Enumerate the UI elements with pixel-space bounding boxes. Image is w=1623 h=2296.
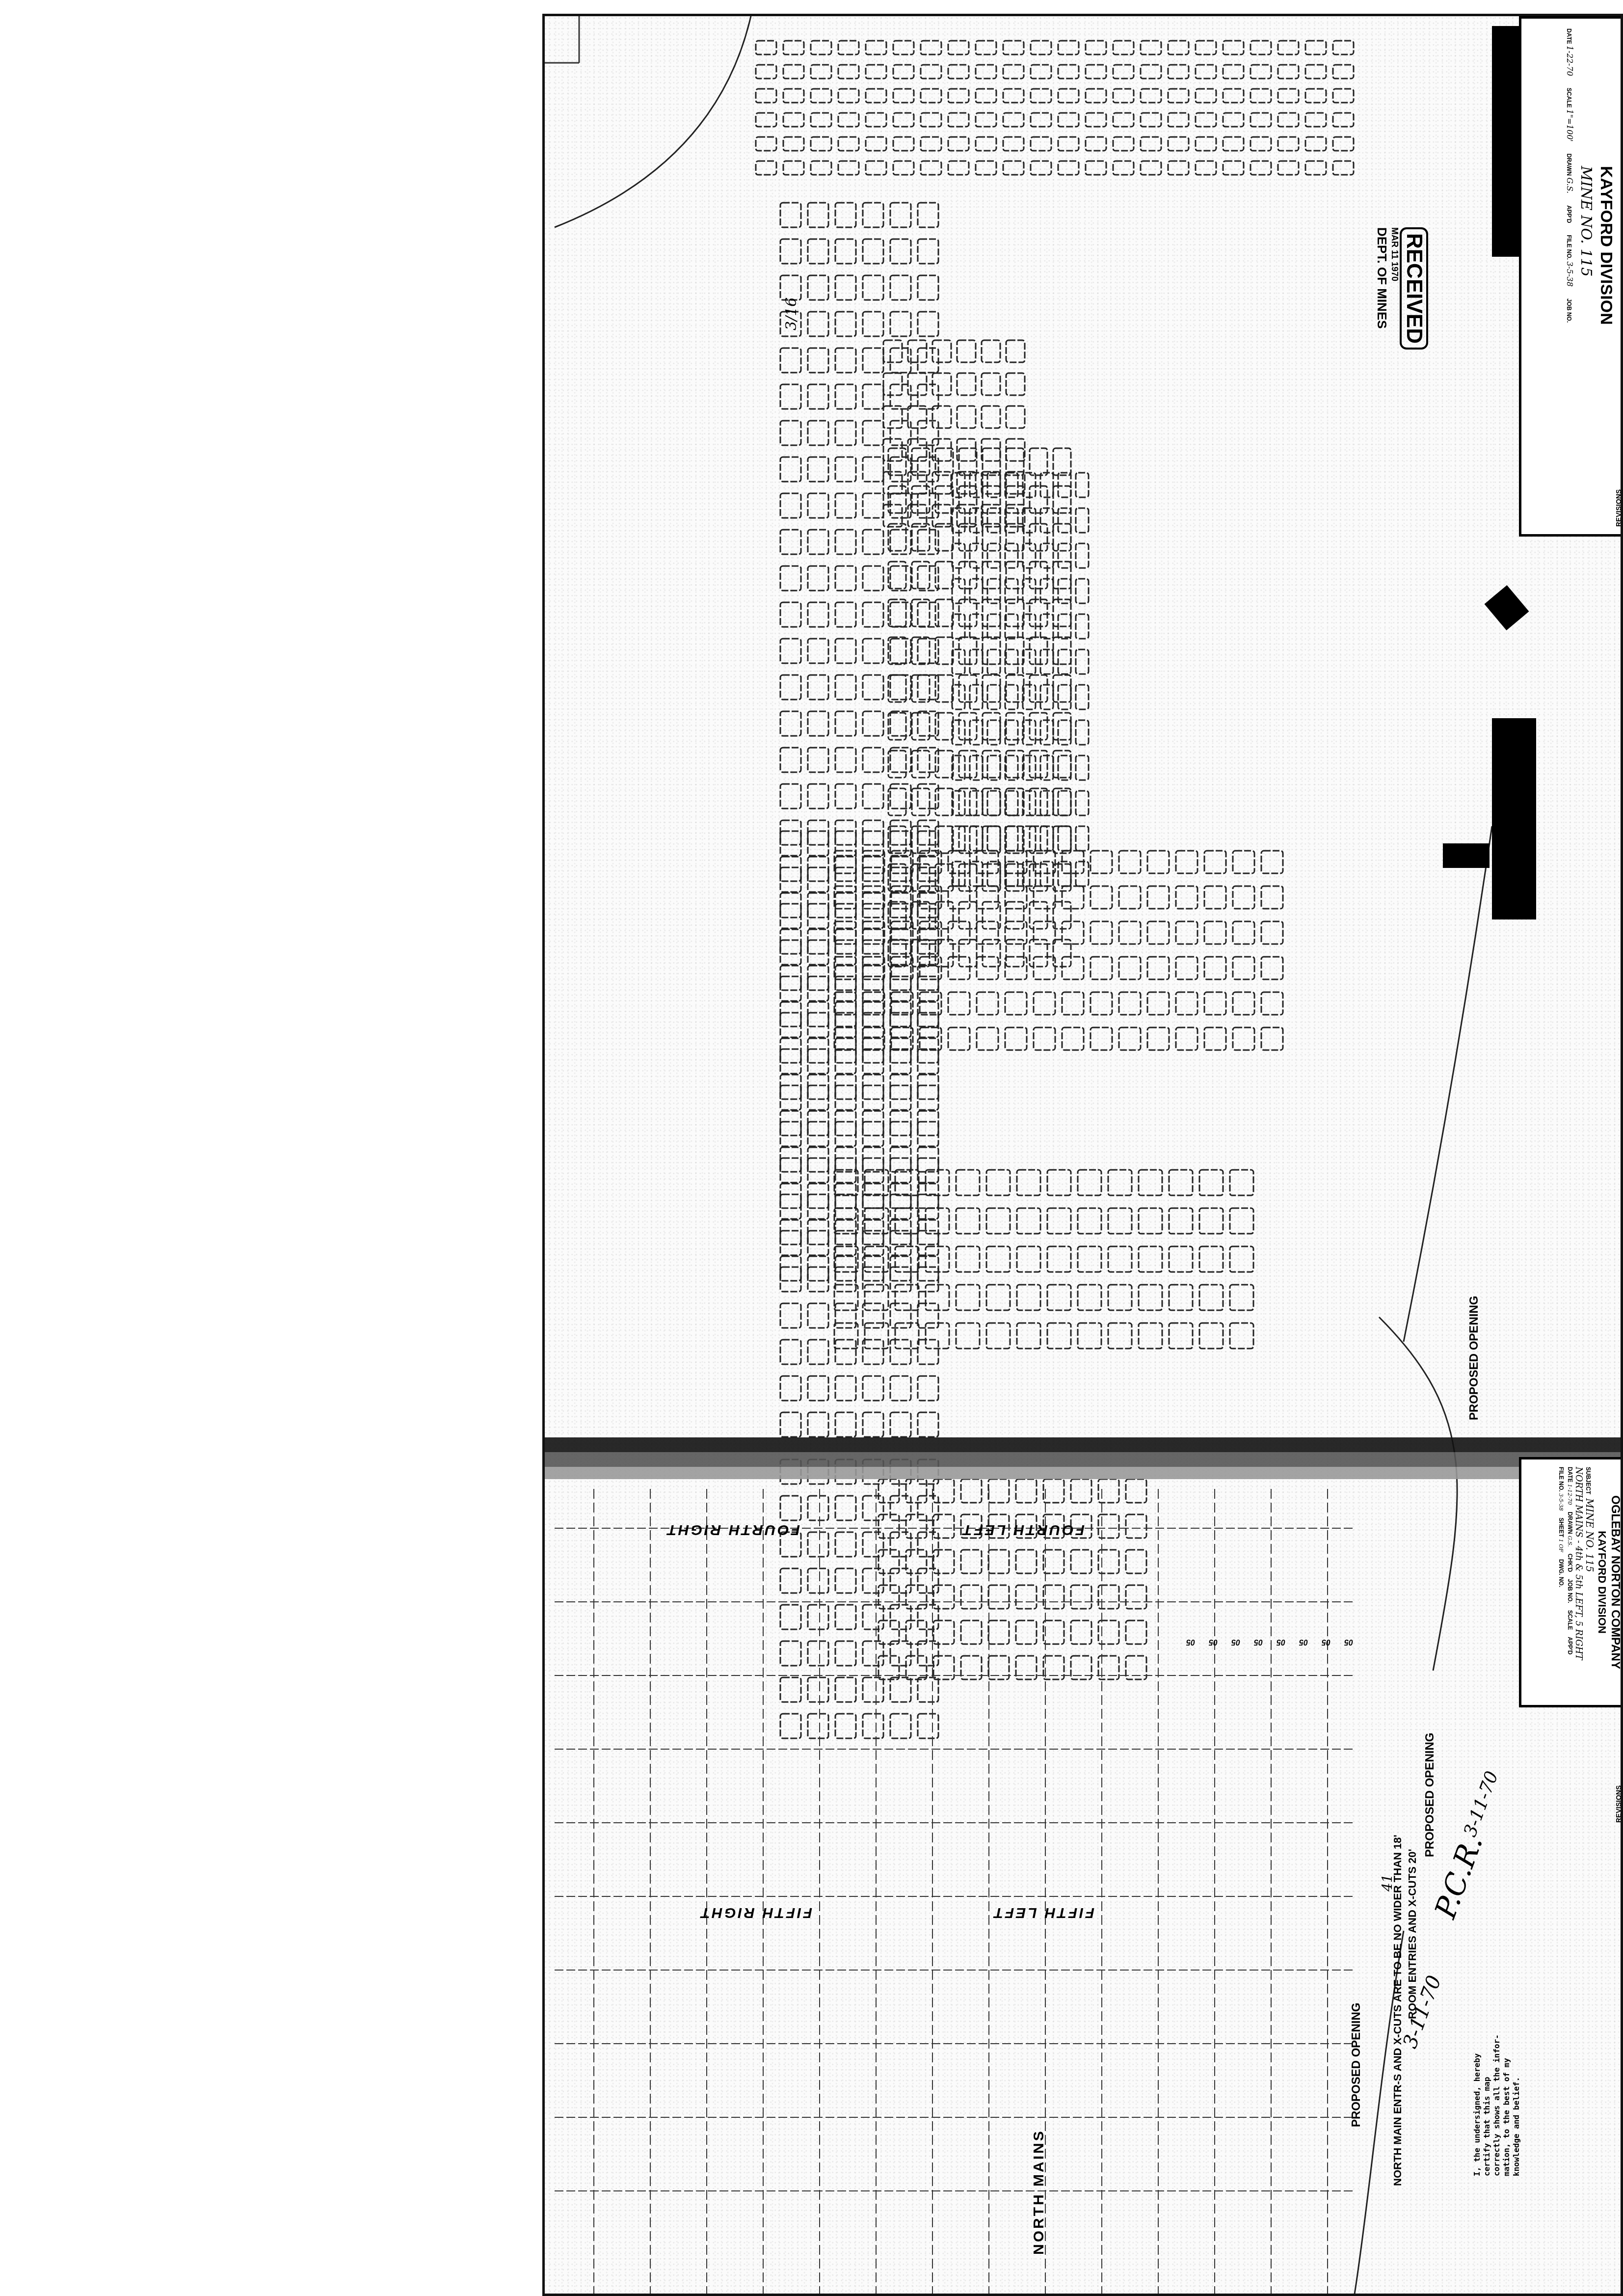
thickness-mark: 05 [1254, 1637, 1263, 1646]
elevation-note: 3/16 [783, 297, 800, 330]
field-label: SCALE [1567, 1610, 1573, 1630]
thickness-mark: 05 [1186, 1637, 1195, 1646]
title-field: DATE 1-22-70 [1565, 28, 1574, 76]
field-value: 3-5-38 [1558, 1493, 1564, 1511]
label-fifth-left: FIFTH LEFT [992, 1904, 1094, 1921]
cert-line: mation, to the best of my [1502, 2034, 1512, 2176]
received-stamp: RECEIVED MAR 11 1970 DEPT. OF MINES [1374, 227, 1428, 350]
stamp-agency: DEPT. OF MINES [1374, 227, 1389, 350]
bottom-division: KAYFORD DIVISION [1596, 1467, 1608, 1698]
title-field: DRAWN G.S. [1565, 154, 1574, 193]
bottom-company: OGLEBAY NORTON COMPANY [1608, 1467, 1622, 1698]
field-label: DATE [1567, 1467, 1573, 1484]
title-field: CHK'D [1567, 1554, 1573, 1572]
thickness-mark: 05 [1231, 1637, 1240, 1646]
sheet-join-band [545, 1437, 1621, 1491]
thickness-mark: 05 [1344, 1637, 1353, 1646]
label-fourth-right: FOURTH RIGHT [665, 1521, 800, 1538]
field-label: DRAWN [1567, 1512, 1573, 1536]
title-field: APP'D [1565, 205, 1574, 223]
label-north-mains: NORTH MAINS [1031, 2129, 1047, 2255]
bottom-revisions-title: REVISIONS [1615, 1785, 1623, 1823]
title-field: FILE NO. 3-5-38 [1558, 1467, 1565, 1511]
field-label: CHK'D [1567, 1554, 1573, 1572]
field-value: 1-12-70 [1567, 1484, 1573, 1505]
title-block-bottom-content: OGLEBAY NORTON COMPANY KAYFORD DIVISION … [1558, 1467, 1622, 1698]
top-fields: DATE 1-22-70SCALE 1"=100'DRAWN G.S.APP'D… [1565, 19, 1577, 534]
field-value: 1-22-70 [1565, 46, 1574, 76]
handwritten-number: 41 [1379, 1874, 1395, 1891]
map-sheet: FOURTH RIGHT FOURTH LEFT FIFTH RIGHT FIF… [542, 14, 1623, 2296]
redaction-bar [1443, 843, 1490, 868]
cert-line: I, the undersigned, hereby [1472, 2034, 1482, 2176]
field-value: 1 OF [1558, 1539, 1564, 1552]
cert-line: knowledge and belief. [1512, 2034, 1521, 2176]
thickness-mark: 05 [1209, 1637, 1218, 1646]
field-label: APP'D [1566, 205, 1572, 223]
field-value: 3-5-38 [1565, 261, 1574, 287]
field-value: G.S. [1567, 1536, 1573, 1547]
field-label: FILE NO. [1558, 1467, 1565, 1493]
label-proposed-opening-1: PROPOSED OPENING [1467, 1296, 1481, 1420]
bottom-subject: NORTH MAINS - 4th & 5th LEFT, 5 RIGHT [1573, 1467, 1584, 1698]
field-label: JOB NO. [1566, 298, 1572, 323]
top-division: KAYFORD DIVISION [1596, 19, 1620, 534]
stamp-text: RECEIVED [1400, 227, 1428, 350]
title-field: APP'D [1567, 1637, 1573, 1654]
title-field: JOB NO. [1567, 1579, 1573, 1603]
title-block-top-content: KAYFORD DIVISION MINE NO. 115 DATE 1-22-… [1565, 19, 1620, 534]
field-label: APP'D [1567, 1637, 1573, 1654]
title-field: DATE 1-12-70 [1567, 1467, 1573, 1505]
title-field: DRAWN G.S. [1567, 1512, 1573, 1547]
label-proposed-opening-2: PROPOSED OPENING [1350, 2003, 1363, 2127]
redaction-bar [1492, 718, 1536, 919]
field-label: DATE [1566, 28, 1572, 46]
stamp-date: MAR 11 1970 [1389, 227, 1400, 350]
bottom-subject-label: SUBJECT [1585, 1467, 1592, 1494]
field-label: JOB NO. [1567, 1579, 1573, 1603]
cert-line: certify that this map [1482, 2034, 1492, 2176]
certification: I, the undersigned, hereby certify that … [1472, 2034, 1521, 2176]
title-field: DWG. NO. [1558, 1559, 1565, 1587]
title-field: JOB NO. [1565, 298, 1574, 323]
title-field: SCALE [1567, 1610, 1573, 1630]
top-subject: MINE NO. 115 [1577, 19, 1596, 534]
top-revisions-title: REVISIONS [1615, 489, 1623, 527]
title-block-bottom: OGLEBAY NORTON COMPANY KAYFORD DIVISION … [1519, 1457, 1623, 1707]
title-field: SHEET 1 OF [1558, 1517, 1565, 1552]
title-block-top: KAYFORD DIVISION MINE NO. 115 DATE 1-22-… [1519, 16, 1623, 537]
cert-line: correctly shows all the infor- [1492, 2034, 1502, 2176]
field-value: G.S. [1565, 177, 1574, 193]
thickness-mark: 05 [1299, 1637, 1308, 1646]
field-value: 1"=100' [1565, 109, 1574, 142]
label-fifth-right: FIFTH RIGHT [699, 1904, 812, 1921]
thickness-mark: 05 [1277, 1637, 1285, 1646]
field-label: SHEET [1558, 1517, 1565, 1539]
label-fourth-left: FOURTH LEFT [961, 1521, 1085, 1538]
label-proposed-opening-3: PROPOSED OPENING [1423, 1733, 1437, 1857]
field-label: FILE NO. [1566, 235, 1572, 261]
pillar-grid [545, 16, 1623, 2296]
field-label: SCALE [1566, 88, 1572, 109]
thickness-mark: 05 [1322, 1637, 1330, 1646]
field-label: DRAWN [1566, 154, 1572, 178]
title-field: SCALE 1"=100' [1565, 88, 1574, 142]
bottom-fields: DATE 1-12-70DRAWN G.S.CHK'D JOB NO. SCAL… [1558, 1467, 1573, 1698]
field-label: DWG. NO. [1558, 1559, 1565, 1587]
bottom-mine: MINE NO. 115 [1584, 1498, 1596, 1572]
redaction-bar [1492, 26, 1519, 257]
title-field: FILE NO. 3-5-38 [1565, 235, 1574, 287]
